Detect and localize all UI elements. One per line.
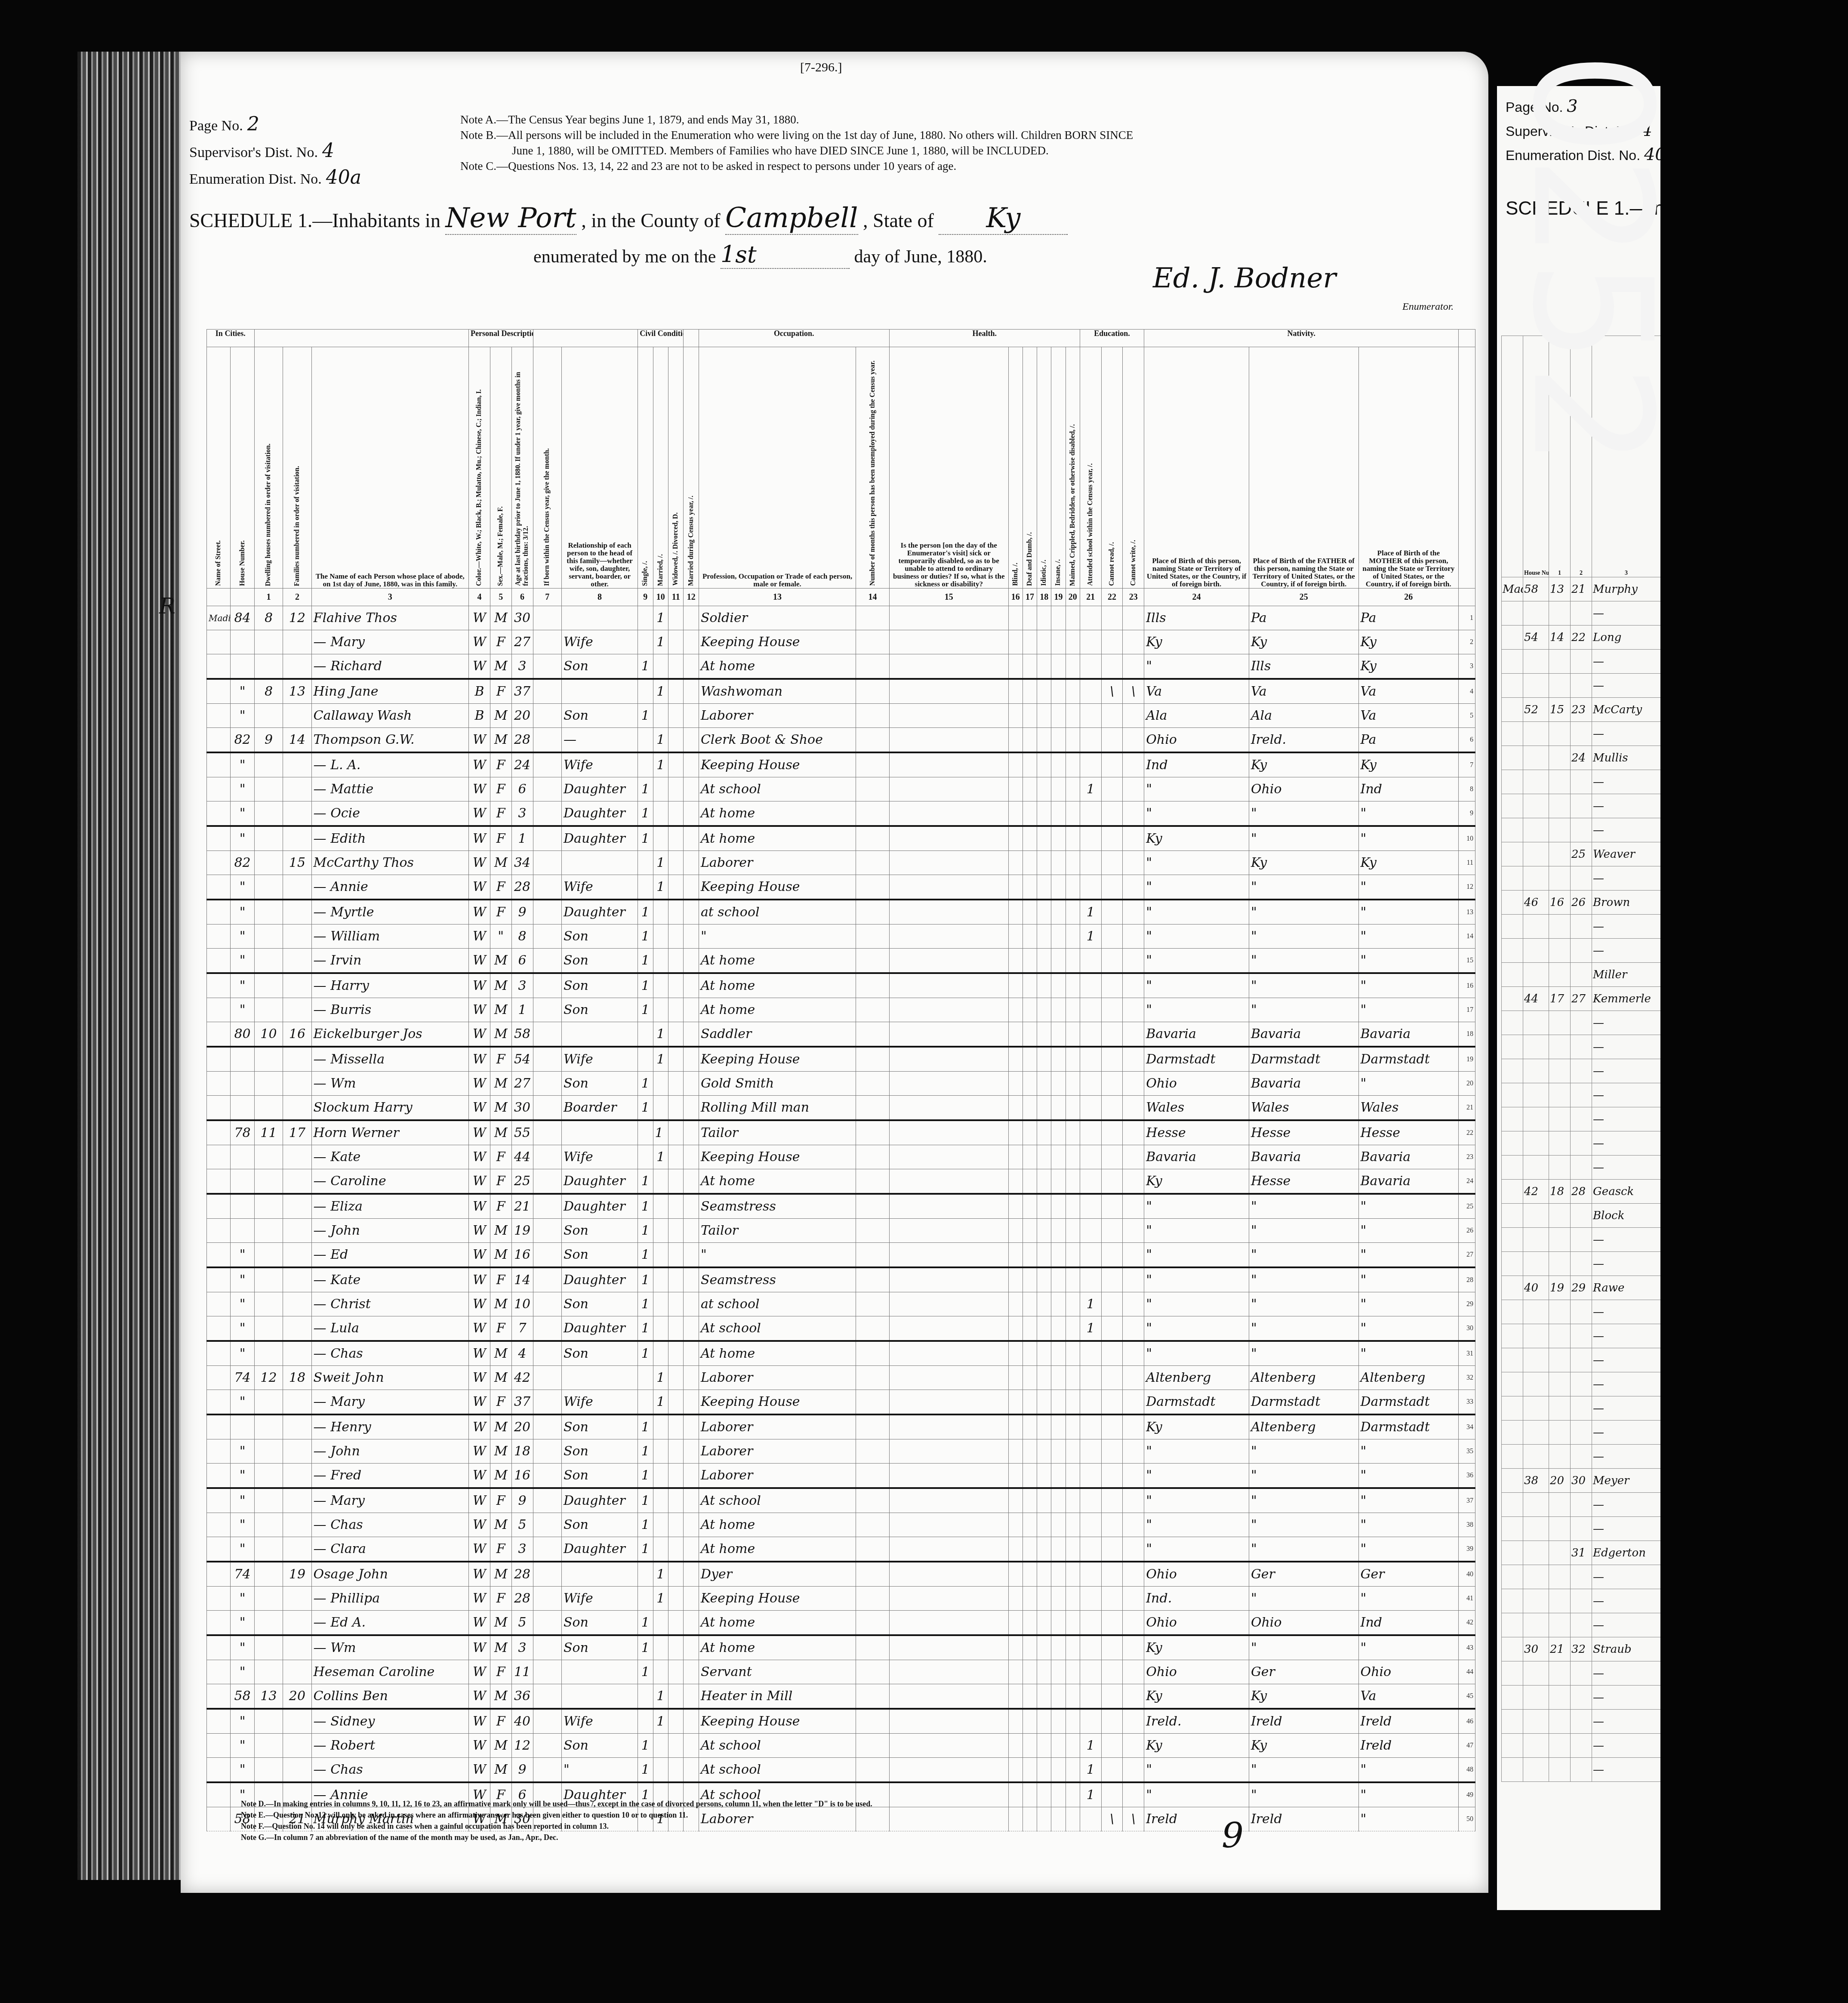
census-row: "— BurrisWM1Son1At home"""17: [207, 998, 1475, 1022]
cell-month: [533, 728, 561, 753]
cell-blind: [1008, 630, 1023, 654]
next-page-row: —: [1502, 1758, 1661, 1782]
cell-dwelling: [254, 1390, 283, 1415]
cell-father: Ills: [1249, 654, 1358, 679]
next-page-row: —: [1502, 1035, 1661, 1059]
cell-family: 25: [1571, 842, 1592, 866]
cell-unemployed: [856, 679, 890, 704]
cell-write: [1123, 1758, 1144, 1783]
cell-married: [653, 1488, 668, 1513]
cell-line: 32: [1459, 1366, 1475, 1390]
cell-sex: F: [490, 1660, 511, 1684]
cell-dwelling: [254, 1660, 283, 1684]
cell-name: — Ocie: [311, 801, 468, 826]
cell-house: [231, 654, 254, 679]
cell-married-year: [684, 1439, 699, 1464]
cell-school: [1080, 949, 1101, 974]
cell-write: [1123, 875, 1144, 900]
cell-birth: Ireld.: [1144, 1709, 1249, 1734]
cell-dwelling: 13: [254, 1684, 283, 1709]
cell-occupation: Keeping House: [699, 1709, 856, 1734]
cell-blind: [1008, 1734, 1023, 1758]
next-page-row: 421828Geasck: [1502, 1180, 1661, 1204]
cell-occupation: At home: [699, 826, 856, 851]
cell-relation: Son: [561, 1513, 638, 1537]
cell-house: [1523, 963, 1549, 987]
cell-married: [653, 1734, 668, 1758]
cell-line: 41: [1459, 1587, 1475, 1611]
cell-family: 27: [1571, 987, 1592, 1011]
cell-birth: ": [1144, 1292, 1249, 1316]
cell-dwelling: [254, 1758, 283, 1783]
cell-father: ": [1249, 1488, 1358, 1513]
census-row: — HenryWM20Son1LaborerKyAltenbergDarmsta…: [207, 1414, 1475, 1439]
cell-widowed: [668, 998, 683, 1022]
cell-married: [653, 1513, 668, 1537]
cell-read: [1101, 752, 1123, 777]
cell-sickness: [889, 654, 1008, 679]
group-in-cities: In Cities.: [207, 330, 255, 347]
cell-unemployed: [856, 851, 890, 875]
cell-write: [1123, 606, 1144, 630]
cell-name: —: [1592, 1228, 1661, 1252]
cell-dwelling: [254, 973, 283, 998]
cell-married-year: [684, 1611, 699, 1636]
cell-married-year: [684, 1587, 699, 1611]
cell-house: ": [231, 1439, 254, 1464]
cell-maimed: [1066, 1513, 1080, 1537]
cell-blind: [1008, 1709, 1023, 1734]
cell-house: [231, 1194, 254, 1219]
cell-street: [207, 777, 231, 801]
cell-name: —: [1592, 1396, 1661, 1421]
cell-widowed: [668, 1390, 683, 1415]
cell-dwelling: [1549, 722, 1571, 746]
census-row: — RichardWM3Son1At home"IllsKy3: [207, 654, 1475, 679]
cell-age: 19: [511, 1219, 533, 1243]
cell-married-year: [684, 1145, 699, 1169]
cell-school: [1080, 1120, 1101, 1145]
cell-sex: F: [490, 826, 511, 851]
cell-sex: M: [490, 1022, 511, 1047]
cell-unemployed: [856, 1562, 890, 1587]
cell-married: [653, 1537, 668, 1562]
cell-unemployed: [856, 1194, 890, 1219]
census-row: — CarolineWF25Daughter1At homeKyHesseBav…: [207, 1169, 1475, 1194]
cell-family: [1571, 1300, 1592, 1324]
next-page-row: —: [1502, 1734, 1661, 1758]
cell-month: [533, 1267, 561, 1292]
cell-insane: [1051, 1807, 1066, 1831]
cell-school: [1080, 1194, 1101, 1219]
cell-birth: ": [1144, 900, 1249, 924]
cell-sickness: [889, 1488, 1008, 1513]
cell-blind: [1008, 1782, 1023, 1807]
cell-mother: Ger: [1358, 1562, 1459, 1587]
cell-street: [207, 924, 231, 949]
cell-name: Callaway Wash: [311, 704, 468, 728]
cell-school: [1080, 998, 1101, 1022]
cell-name: — William: [311, 924, 468, 949]
cell-family: [1571, 1445, 1592, 1469]
cell-single: [638, 728, 653, 753]
next-page-row: —: [1502, 1589, 1661, 1613]
cell-sickness: [889, 1047, 1008, 1072]
cell-unemployed: [856, 1587, 890, 1611]
cell-unemployed: [856, 1219, 890, 1243]
cell-house: ": [231, 1758, 254, 1783]
cell-family: [1571, 1613, 1592, 1637]
cell-blind: [1008, 1488, 1023, 1513]
cell-school: [1080, 1709, 1101, 1734]
cell-sickness: [889, 1414, 1008, 1439]
cell-deaf: [1023, 1734, 1037, 1758]
cell-dwelling: 8: [254, 679, 283, 704]
cell-street: [207, 1194, 231, 1219]
cell-insane: [1051, 875, 1066, 900]
cell-dwelling: [254, 1611, 283, 1636]
census-row: Slockum HarryWM30Boarder1Rolling Mill ma…: [207, 1096, 1475, 1121]
cell-relation: Daughter: [561, 1267, 638, 1292]
cell-street: [1502, 818, 1523, 842]
cell-occupation: At home: [699, 1341, 856, 1366]
cell-married-year: [684, 1709, 699, 1734]
cell-street: [207, 1562, 231, 1587]
cell-name: — Phillipa: [311, 1587, 468, 1611]
cell-father: ": [1249, 1782, 1358, 1807]
cell-month: [533, 1219, 561, 1243]
cell-idiotic: [1037, 1758, 1051, 1783]
cell-dwelling: [254, 851, 283, 875]
cell-idiotic: [1037, 1709, 1051, 1734]
cell-widowed: [668, 1587, 683, 1611]
cell-occupation: Laborer: [699, 1439, 856, 1464]
cell-idiotic: [1037, 1414, 1051, 1439]
cell-house: [1523, 1348, 1549, 1372]
cell-relation: Daughter: [561, 777, 638, 801]
cell-birth: ": [1144, 1782, 1249, 1807]
cell-mother: ": [1358, 1341, 1459, 1366]
cell-widowed: [668, 801, 683, 826]
cell-write: [1123, 1022, 1144, 1047]
census-row: "— L. A.WF24Wife1Keeping HouseIndKyKy7: [207, 752, 1475, 777]
cell-age: 27: [511, 630, 533, 654]
cell-color: W: [469, 826, 490, 851]
cell-street: [207, 1611, 231, 1636]
cell-unemployed: [856, 998, 890, 1022]
cell-street: [207, 1782, 231, 1807]
cell-dwelling: 19: [1549, 1276, 1571, 1300]
cell-unemployed: [856, 1366, 890, 1390]
cell-name: —: [1592, 818, 1661, 842]
next-page-row: —: [1502, 1083, 1661, 1107]
cell-dwelling: 17: [1549, 987, 1571, 1011]
cell-sickness: [889, 1684, 1008, 1709]
cell-name: — Missella: [311, 1047, 468, 1072]
cell-color: W: [469, 851, 490, 875]
cell-name: Flahive Thos: [311, 606, 468, 630]
cell-birth: Ky: [1144, 826, 1249, 851]
cell-write: [1123, 1660, 1144, 1684]
cell-relation: [561, 1022, 638, 1047]
cell-age: 14: [511, 1267, 533, 1292]
cell-single: 1: [638, 654, 653, 679]
cell-father: Ky: [1249, 630, 1358, 654]
cell-school: [1080, 1022, 1101, 1047]
cell-house: [1523, 1421, 1549, 1445]
cell-write: [1123, 1341, 1144, 1366]
cell-name: Block: [1592, 1204, 1661, 1228]
cell-write: [1123, 998, 1144, 1022]
cell-dwelling: 21: [1549, 1637, 1571, 1661]
cell-unemployed: [856, 1022, 890, 1047]
enumeration-day: 1st: [721, 241, 850, 269]
cell-line: 26: [1459, 1219, 1475, 1243]
cell-dwelling: [1549, 650, 1571, 674]
cell-single: 1: [638, 1219, 653, 1243]
census-row: "— EdithWF1Daughter1At homeKy""10: [207, 826, 1475, 851]
cell-line: 40: [1459, 1562, 1475, 1587]
cell-house: [1523, 722, 1549, 746]
cell-blind: [1008, 1292, 1023, 1316]
cell-married: [653, 801, 668, 826]
cell-name: — Kate: [311, 1267, 468, 1292]
cell-insane: [1051, 973, 1066, 998]
cell-maimed: [1066, 1194, 1080, 1219]
cell-sickness: [889, 728, 1008, 753]
cell-house: [1523, 794, 1549, 818]
cell-line: 43: [1459, 1635, 1475, 1660]
cell-birth: Bavaria: [1144, 1145, 1249, 1169]
cell-married: [653, 1611, 668, 1636]
cell-single: 1: [638, 826, 653, 851]
cell-blind: [1008, 998, 1023, 1022]
next-page-row: —: [1502, 1565, 1661, 1589]
cell-blind: [1008, 1169, 1023, 1194]
cell-family: [283, 998, 311, 1022]
cell-house: 78: [231, 1120, 254, 1145]
cell-married: 1: [653, 1562, 668, 1587]
cell-street: Madison St: [207, 606, 231, 630]
cell-mother: Ky: [1358, 654, 1459, 679]
cell-married-year: [684, 1047, 699, 1072]
census-row: "— PhillipaWF28Wife1Keeping HouseInd.""4…: [207, 1587, 1475, 1611]
cell-unemployed: [856, 826, 890, 851]
cell-name: — Eliza: [311, 1194, 468, 1219]
cell-line: 50: [1459, 1807, 1475, 1831]
cell-birth: ": [1144, 1758, 1249, 1783]
cell-line: 39: [1459, 1537, 1475, 1562]
cell-deaf: [1023, 1267, 1037, 1292]
cell-family: 24: [1571, 746, 1592, 770]
cell-school: [1080, 1660, 1101, 1684]
col-sickness: Is the person [on the day of the Enumera…: [889, 347, 1008, 589]
cell-widowed: [668, 1660, 683, 1684]
cell-name: Collins Ben: [311, 1684, 468, 1709]
cell-street: [1502, 698, 1523, 722]
cell-idiotic: [1037, 1145, 1051, 1169]
cell-relation: Wife: [561, 875, 638, 900]
col-blind: Blind, /.: [1008, 347, 1023, 589]
cell-read: [1101, 1243, 1123, 1268]
cell-dwelling: [1549, 674, 1571, 698]
cell-street: [1502, 1613, 1523, 1637]
cell-occupation: At home: [699, 973, 856, 998]
cell-family: [283, 1341, 311, 1366]
cell-street: [1502, 1396, 1523, 1421]
cell-birth: ": [1144, 1316, 1249, 1341]
cell-deaf: [1023, 1047, 1037, 1072]
cell-family: [283, 1219, 311, 1243]
cell-color: W: [469, 1562, 490, 1587]
cell-house: [1523, 1131, 1549, 1156]
cell-month: [533, 998, 561, 1022]
cell-street: [1502, 1637, 1523, 1661]
cell-street: [1502, 1107, 1523, 1131]
cell-unemployed: [856, 1464, 890, 1488]
footer-notes: Note D.—In making entries in columns 9, …: [241, 1798, 872, 1843]
cell-sex: F: [490, 801, 511, 826]
cell-color: W: [469, 973, 490, 998]
cell-street: [207, 1488, 231, 1513]
cell-relation: Wife: [561, 1390, 638, 1415]
cell-dwelling: [1549, 1300, 1571, 1324]
cell-deaf: [1023, 1537, 1037, 1562]
cell-name: Edgerton: [1592, 1541, 1661, 1565]
cell-line: 17: [1459, 998, 1475, 1022]
cell-unemployed: [856, 1341, 890, 1366]
cell-family: [1571, 939, 1592, 963]
cell-idiotic: [1037, 606, 1051, 630]
cell-sickness: [889, 1709, 1008, 1734]
cell-blind: [1008, 900, 1023, 924]
census-row: "Heseman CarolineWF111ServantOhioGerOhio…: [207, 1660, 1475, 1684]
cell-mother: ": [1358, 924, 1459, 949]
cell-street: [1502, 939, 1523, 963]
cell-married: [653, 1660, 668, 1684]
cell-street: [207, 1635, 231, 1660]
cell-mother: ": [1358, 900, 1459, 924]
cell-sex: F: [490, 900, 511, 924]
cell-occupation: Keeping House: [699, 1145, 856, 1169]
cell-maimed: [1066, 1562, 1080, 1587]
enumeration-district-value: 40a: [326, 166, 361, 188]
cell-mother: Ireld: [1358, 1709, 1459, 1734]
cell-street: [1502, 1300, 1523, 1324]
cell-married: 1: [653, 728, 668, 753]
cell-mother: ": [1358, 1807, 1459, 1831]
cell-maimed: [1066, 1439, 1080, 1464]
cell-widowed: [668, 1047, 683, 1072]
cell-line: 8: [1459, 777, 1475, 801]
cell-idiotic: [1037, 801, 1051, 826]
cell-blind: [1008, 1513, 1023, 1537]
cell-mother: Pa: [1358, 728, 1459, 753]
cell-house: ": [231, 777, 254, 801]
header-notes: Note A.—The Census Year begins June 1, 1…: [460, 112, 1407, 174]
cell-street: [1502, 1083, 1523, 1107]
cell-dwelling: [1549, 1204, 1571, 1228]
cell-street: [207, 1439, 231, 1464]
cell-relation: Wife: [561, 630, 638, 654]
cell-write: \: [1123, 1807, 1144, 1831]
cell-insane: [1051, 851, 1066, 875]
cell-maimed: [1066, 1587, 1080, 1611]
cell-family: [283, 1439, 311, 1464]
cell-married-year: [684, 1734, 699, 1758]
census-row: "— WmWM3Son1At homeKy""43: [207, 1635, 1475, 1660]
cell-write: [1123, 630, 1144, 654]
cell-widowed: [668, 704, 683, 728]
cell-father: Ireld: [1249, 1709, 1358, 1734]
cell-sex: F: [490, 630, 511, 654]
cell-name: Straub: [1592, 1637, 1661, 1661]
cell-read: [1101, 1341, 1123, 1366]
cell-married: 1: [653, 1047, 668, 1072]
cell-single: [638, 1562, 653, 1587]
cell-school: [1080, 1635, 1101, 1660]
cell-name: —: [1592, 1011, 1661, 1035]
cell-house: [1523, 1011, 1549, 1035]
cell-widowed: [668, 1292, 683, 1316]
cell-write: [1123, 1267, 1144, 1292]
cell-mother: Ky: [1358, 752, 1459, 777]
cell-color: W: [469, 1390, 490, 1415]
cell-month: [533, 949, 561, 974]
cell-father: ": [1249, 1292, 1358, 1316]
cell-blind: [1008, 1390, 1023, 1415]
cell-house: [1523, 1228, 1549, 1252]
cell-married: 1: [653, 1022, 668, 1047]
cell-house: ": [231, 875, 254, 900]
next-page-row: —: [1502, 1324, 1661, 1348]
cell-insane: [1051, 777, 1066, 801]
cell-month: [533, 801, 561, 826]
cell-deaf: [1023, 826, 1037, 851]
cell-line: 12: [1459, 875, 1475, 900]
cell-street: [1502, 674, 1523, 698]
cell-house: 80: [231, 1022, 254, 1047]
cell-street: [1502, 842, 1523, 866]
cell-color: W: [469, 1709, 490, 1734]
cell-color: B: [469, 679, 490, 704]
cell-family: [1571, 1686, 1592, 1710]
cell-dwelling: 10: [254, 1022, 283, 1047]
cell-read: [1101, 924, 1123, 949]
cell-family: 22: [1571, 626, 1592, 650]
cell-house: [231, 1145, 254, 1169]
cell-line: 19: [1459, 1047, 1475, 1072]
cell-deaf: [1023, 1292, 1037, 1316]
cell-sickness: [889, 949, 1008, 974]
cell-family: [1571, 1372, 1592, 1396]
cell-write: [1123, 1096, 1144, 1121]
cell-sex: M: [490, 1072, 511, 1096]
cell-sickness: [889, 704, 1008, 728]
cell-unemployed: [856, 1390, 890, 1415]
note-d: Note D.—In making entries in columns 9, …: [241, 1798, 872, 1809]
cell-write: [1123, 801, 1144, 826]
cell-dwelling: 9: [254, 728, 283, 753]
cell-house: [1523, 746, 1549, 770]
cell-widowed: [668, 1267, 683, 1292]
cell-street: [1502, 1324, 1523, 1348]
cell-unemployed: [856, 1414, 890, 1439]
cell-widowed: [668, 606, 683, 630]
cell-family: [1571, 674, 1592, 698]
cell-dwelling: [254, 1709, 283, 1734]
cell-house: ": [231, 679, 254, 704]
